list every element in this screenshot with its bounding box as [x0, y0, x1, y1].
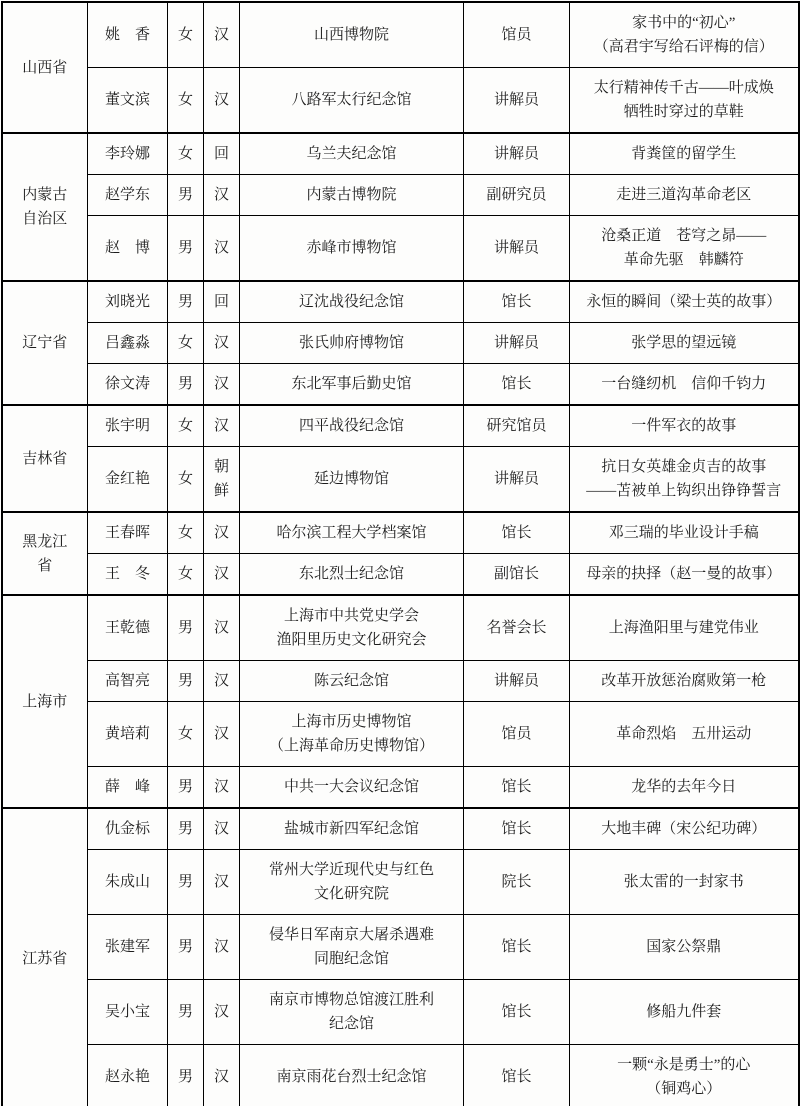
name-cell-text: 王春晖: [91, 521, 164, 545]
title-cell: 研究馆员: [464, 405, 570, 447]
institution-cell-text: 赤峰市博物馆: [243, 236, 460, 260]
name-cell: 董文滨: [88, 68, 168, 134]
gender-cell: 女: [168, 702, 204, 767]
gender-cell: 男: [168, 850, 204, 915]
ethnicity-cell-text: 汉: [207, 870, 236, 894]
table-row: 董文滨女汉八路军太行纪念馆讲解员太行精神传千古——叶成焕牺牲时穿过的草鞋: [2, 68, 799, 134]
ethnicity-cell-text: 汉: [207, 935, 236, 959]
gender-cell: 男: [168, 980, 204, 1045]
gender-cell: 女: [168, 68, 204, 134]
gender-cell: 男: [168, 595, 204, 661]
institution-cell: 赤峰市博物馆: [240, 216, 464, 282]
ethnicity-cell-text: 汉: [207, 775, 236, 799]
story-cell-text: 抗日女英雄金贞吉的故事: [573, 455, 795, 479]
name-cell-text: 金红艳: [91, 467, 164, 491]
story-cell: 邓三瑞的毕业设计手稿: [570, 512, 799, 554]
institution-cell-text: 东北军事后勤史馆: [243, 372, 460, 396]
story-cell: 沧桑正道 苍穹之昴——革命先驱 韩麟符: [570, 216, 799, 282]
institution-cell: 陈云纪念馆: [240, 661, 464, 702]
title-cell: 讲解员: [464, 661, 570, 702]
name-cell: 王 冬: [88, 554, 168, 596]
title-cell-text: 馆长: [467, 372, 566, 396]
institution-cell-text: 辽沈战役纪念馆: [243, 290, 460, 314]
institution-cell-text: 渔阳里历史文化研究会: [243, 628, 460, 652]
table-row: 赵学东男汉内蒙古博物院副研究员走进三道沟革命老区: [2, 175, 799, 216]
gender-cell: 男: [168, 767, 204, 809]
title-cell-text: 馆长: [467, 817, 566, 841]
ethnicity-cell: 汉: [204, 216, 240, 282]
gender-cell-text: 女: [171, 414, 200, 438]
ethnicity-cell: 回: [204, 133, 240, 175]
ethnicity-cell-text: 回: [207, 142, 236, 166]
gender-cell-text: 男: [171, 1000, 200, 1024]
name-cell: 姚 香: [88, 2, 168, 68]
table-row: 赵 博男汉赤峰市博物馆讲解员沧桑正道 苍穹之昴——革命先驱 韩麟符: [2, 216, 799, 282]
ethnicity-cell: 汉: [204, 702, 240, 767]
story-cell-text: 修船九件套: [573, 1000, 795, 1024]
story-cell-text: 走进三道沟革命老区: [573, 183, 795, 207]
name-cell-text: 高智亮: [91, 669, 164, 693]
story-cell: 大地丰碑（宋公纪功碑）: [570, 808, 799, 850]
ethnicity-cell: 汉: [204, 68, 240, 134]
story-cell-text: 家书中的“初心”: [573, 11, 795, 35]
name-cell: 朱成山: [88, 850, 168, 915]
institution-cell: 盐城市新四军纪念馆: [240, 808, 464, 850]
table-row: 张建军男汉侵华日军南京大屠杀遇难同胞纪念馆馆长国家公祭鼎: [2, 915, 799, 980]
title-cell: 馆长: [464, 808, 570, 850]
title-cell-text: 馆长: [467, 290, 566, 314]
title-cell: 讲解员: [464, 133, 570, 175]
title-cell-text: 副研究员: [467, 183, 566, 207]
gender-cell: 女: [168, 554, 204, 596]
ethnicity-cell-text: 汉: [207, 562, 236, 586]
name-cell-text: 吕鑫淼: [91, 331, 164, 355]
institution-cell-text: 内蒙古博物院: [243, 183, 460, 207]
gender-cell-text: 女: [171, 521, 200, 545]
ethnicity-cell-text: 汉: [207, 414, 236, 438]
institution-cell-text: 侵华日军南京大屠杀遇难: [243, 923, 460, 947]
title-cell: 副研究员: [464, 175, 570, 216]
province-cell-text: 山西省: [6, 56, 85, 80]
ethnicity-cell-text: 汉: [207, 1000, 236, 1024]
name-cell-text: 张建军: [91, 935, 164, 959]
gender-cell-text: 女: [171, 722, 200, 746]
title-cell: 副馆长: [464, 554, 570, 596]
title-cell: 讲解员: [464, 447, 570, 513]
province-cell-text: 省: [6, 554, 85, 578]
story-cell: 改革开放惩治腐败第一枪: [570, 661, 799, 702]
table-row: 辽宁省刘晓光男回辽沈战役纪念馆馆长永恒的瞬间（梁士英的故事）: [2, 281, 799, 323]
province-cell-text: 内蒙古: [6, 183, 85, 207]
institution-cell: 南京雨花台烈士纪念馆: [240, 1045, 464, 1106]
gender-cell-text: 男: [171, 183, 200, 207]
name-cell-text: 吴小宝: [91, 1000, 164, 1024]
gender-cell-text: 女: [171, 562, 200, 586]
story-cell: 修船九件套: [570, 980, 799, 1045]
title-cell-text: 院长: [467, 870, 566, 894]
awardees-table: 山西省姚 香女汉山西博物院馆员家书中的“初心”（高君宇写给石评梅的信）董文滨女汉…: [1, 1, 800, 1106]
ethnicity-cell-text: 汉: [207, 372, 236, 396]
name-cell: 高智亮: [88, 661, 168, 702]
gender-cell-text: 男: [171, 1065, 200, 1089]
institution-cell-text: 四平战役纪念馆: [243, 414, 460, 438]
province-cell: 吉林省: [2, 405, 88, 512]
institution-cell-text: 哈尔滨工程大学档案馆: [243, 521, 460, 545]
gender-cell: 男: [168, 364, 204, 406]
province-cell: 黑龙江省: [2, 512, 88, 595]
name-cell: 李玲娜: [88, 133, 168, 175]
ethnicity-cell: 朝鲜: [204, 447, 240, 513]
story-cell-text: 一颗“永是勇士”的心: [573, 1053, 795, 1077]
story-cell: 永恒的瞬间（梁士英的故事）: [570, 281, 799, 323]
gender-cell-text: 男: [171, 935, 200, 959]
table-row: 朱成山男汉常州大学近现代史与红色文化研究院院长张太雷的一封家书: [2, 850, 799, 915]
institution-cell-text: 上海市中共党史学会: [243, 604, 460, 628]
table-row: 山西省姚 香女汉山西博物院馆员家书中的“初心”（高君宇写给石评梅的信）: [2, 2, 799, 68]
title-cell: 馆长: [464, 980, 570, 1045]
institution-cell-text: 文化研究院: [243, 882, 460, 906]
gender-cell: 女: [168, 2, 204, 68]
title-cell-text: 讲解员: [467, 331, 566, 355]
story-cell: 一台缝纫机 信仰千钧力: [570, 364, 799, 406]
institution-cell-text: 山西博物院: [243, 23, 460, 47]
title-cell: 馆长: [464, 281, 570, 323]
ethnicity-cell: 汉: [204, 980, 240, 1045]
name-cell: 黄培莉: [88, 702, 168, 767]
institution-cell-text: 南京雨花台烈士纪念馆: [243, 1065, 460, 1089]
name-cell-text: 赵 博: [91, 236, 164, 260]
story-cell-text: 张太雷的一封家书: [573, 870, 795, 894]
name-cell-text: 薛 峰: [91, 775, 164, 799]
ethnicity-cell-text: 汉: [207, 236, 236, 260]
name-cell-text: 黄培莉: [91, 722, 164, 746]
province-cell: 辽宁省: [2, 281, 88, 405]
name-cell: 刘晓光: [88, 281, 168, 323]
story-cell: 母亲的抉择（赵一曼的故事）: [570, 554, 799, 596]
table-row: 薛 峰男汉中共一大会议纪念馆馆长龙华的去年今日: [2, 767, 799, 809]
title-cell-text: 馆长: [467, 1065, 566, 1089]
gender-cell-text: 男: [171, 817, 200, 841]
gender-cell: 男: [168, 175, 204, 216]
ethnicity-cell: 汉: [204, 1045, 240, 1106]
name-cell-text: 赵学东: [91, 183, 164, 207]
title-cell-text: 馆长: [467, 935, 566, 959]
title-cell-text: 馆长: [467, 521, 566, 545]
story-cell: 龙华的去年今日: [570, 767, 799, 809]
institution-cell-text: 常州大学近现代史与红色: [243, 858, 460, 882]
story-cell: 国家公祭鼎: [570, 915, 799, 980]
province-cell-text: 辽宁省: [6, 331, 85, 355]
ethnicity-cell: 汉: [204, 175, 240, 216]
ethnicity-cell-text: 汉: [207, 183, 236, 207]
story-cell-text: 邓三瑞的毕业设计手稿: [573, 521, 795, 545]
gender-cell-text: 女: [171, 142, 200, 166]
institution-cell-text: 盐城市新四军纪念馆: [243, 817, 460, 841]
title-cell: 馆长: [464, 512, 570, 554]
story-cell-text: （高君宇写给石评梅的信）: [573, 35, 795, 59]
ethnicity-cell: 汉: [204, 850, 240, 915]
ethnicity-cell: 汉: [204, 595, 240, 661]
title-cell-text: 讲解员: [467, 467, 566, 491]
title-cell-text: 馆员: [467, 23, 566, 47]
name-cell-text: 王 冬: [91, 562, 164, 586]
institution-cell: 上海市历史博物馆（上海革命历史博物馆）: [240, 702, 464, 767]
story-cell: 张学思的望远镜: [570, 323, 799, 364]
name-cell: 张宇明: [88, 405, 168, 447]
name-cell: 王春晖: [88, 512, 168, 554]
table-row: 内蒙古自治区李玲娜女回乌兰夫纪念馆讲解员背粪筐的留学生: [2, 133, 799, 175]
story-cell: 太行精神传千古——叶成焕牺牲时穿过的草鞋: [570, 68, 799, 134]
story-cell-text: 国家公祭鼎: [573, 935, 795, 959]
name-cell: 金红艳: [88, 447, 168, 513]
story-cell: 家书中的“初心”（高君宇写给石评梅的信）: [570, 2, 799, 68]
ethnicity-cell-text: 汉: [207, 88, 236, 112]
institution-cell: 延边博物馆: [240, 447, 464, 513]
province-cell-text: 江苏省: [6, 947, 85, 971]
title-cell-text: 讲解员: [467, 142, 566, 166]
institution-cell: 内蒙古博物院: [240, 175, 464, 216]
ethnicity-cell-text: 汉: [207, 1065, 236, 1089]
table-row: 吉林省张宇明女汉四平战役纪念馆研究馆员一件军衣的故事: [2, 405, 799, 447]
institution-cell-text: 乌兰夫纪念馆: [243, 142, 460, 166]
institution-cell-text: 纪念馆: [243, 1012, 460, 1036]
institution-cell: 南京市博物总馆渡江胜利纪念馆: [240, 980, 464, 1045]
table-row: 王 冬女汉东北烈士纪念馆副馆长母亲的抉择（赵一曼的故事）: [2, 554, 799, 596]
ethnicity-cell-text: 汉: [207, 331, 236, 355]
table-row: 江苏省仇金标男汉盐城市新四军纪念馆馆长大地丰碑（宋公纪功碑）: [2, 808, 799, 850]
ethnicity-cell-text: 汉: [207, 521, 236, 545]
title-cell: 讲解员: [464, 68, 570, 134]
table-row: 赵永艳男汉南京雨花台烈士纪念馆馆长一颗“永是勇士”的心（铜鸡心）: [2, 1045, 799, 1106]
story-cell-text: （铜鸡心）: [573, 1077, 795, 1101]
story-cell-text: 背粪筐的留学生: [573, 142, 795, 166]
name-cell: 赵学东: [88, 175, 168, 216]
institution-cell: 四平战役纪念馆: [240, 405, 464, 447]
title-cell-text: 名誉会长: [467, 616, 566, 640]
name-cell: 薛 峰: [88, 767, 168, 809]
institution-cell: 山西博物院: [240, 2, 464, 68]
ethnicity-cell: 汉: [204, 405, 240, 447]
institution-cell-text: 中共一大会议纪念馆: [243, 775, 460, 799]
title-cell: 馆长: [464, 915, 570, 980]
table-row: 吴小宝男汉南京市博物总馆渡江胜利纪念馆馆长修船九件套: [2, 980, 799, 1045]
table-body: 山西省姚 香女汉山西博物院馆员家书中的“初心”（高君宇写给石评梅的信）董文滨女汉…: [2, 2, 799, 1106]
title-cell-text: 馆长: [467, 775, 566, 799]
gender-cell-text: 女: [171, 467, 200, 491]
title-cell: 馆长: [464, 767, 570, 809]
story-cell-text: 永恒的瞬间（梁士英的故事）: [573, 290, 795, 314]
name-cell-text: 赵永艳: [91, 1065, 164, 1089]
story-cell-text: 大地丰碑（宋公纪功碑）: [573, 817, 795, 841]
story-cell: 一件军衣的故事: [570, 405, 799, 447]
title-cell: 名誉会长: [464, 595, 570, 661]
title-cell-text: 馆长: [467, 1000, 566, 1024]
title-cell-text: 副馆长: [467, 562, 566, 586]
ethnicity-cell-text: 汉: [207, 616, 236, 640]
institution-cell: 乌兰夫纪念馆: [240, 133, 464, 175]
title-cell: 馆员: [464, 702, 570, 767]
name-cell: 张建军: [88, 915, 168, 980]
story-cell: 抗日女英雄金贞吉的故事——苫被单上钩织出铮铮誓言: [570, 447, 799, 513]
table-row: 黄培莉女汉上海市历史博物馆（上海革命历史博物馆）馆员革命烈焰 五卅运动: [2, 702, 799, 767]
ethnicity-cell: 汉: [204, 364, 240, 406]
name-cell-text: 王乾德: [91, 616, 164, 640]
title-cell-text: 讲解员: [467, 669, 566, 693]
ethnicity-cell-text: 汉: [207, 23, 236, 47]
province-cell: 内蒙古自治区: [2, 133, 88, 281]
province-cell: 江苏省: [2, 808, 88, 1106]
gender-cell: 女: [168, 447, 204, 513]
ethnicity-cell: 汉: [204, 323, 240, 364]
table-row: 上海市王乾德男汉上海市中共党史学会渔阳里历史文化研究会名誉会长上海渔阳里与建党伟…: [2, 595, 799, 661]
story-cell-text: 母亲的抉择（赵一曼的故事）: [573, 562, 795, 586]
institution-cell: 侵华日军南京大屠杀遇难同胞纪念馆: [240, 915, 464, 980]
name-cell-text: 徐文涛: [91, 372, 164, 396]
gender-cell: 女: [168, 133, 204, 175]
name-cell-text: 朱成山: [91, 870, 164, 894]
ethnicity-cell-text: 朝鲜: [207, 455, 236, 503]
name-cell-text: 李玲娜: [91, 142, 164, 166]
gender-cell-text: 男: [171, 372, 200, 396]
table-row: 吕鑫淼女汉张氏帅府博物馆讲解员张学思的望远镜: [2, 323, 799, 364]
ethnicity-cell: 汉: [204, 661, 240, 702]
name-cell-text: 姚 香: [91, 23, 164, 47]
province-cell-text: 吉林省: [6, 447, 85, 471]
story-cell: 张太雷的一封家书: [570, 850, 799, 915]
story-cell: 背粪筐的留学生: [570, 133, 799, 175]
institution-cell: 哈尔滨工程大学档案馆: [240, 512, 464, 554]
province-cell: 山西省: [2, 2, 88, 133]
story-cell: 上海渔阳里与建党伟业: [570, 595, 799, 661]
story-cell-text: ——苫被单上钩织出铮铮誓言: [573, 479, 795, 503]
gender-cell-text: 男: [171, 290, 200, 314]
gender-cell: 男: [168, 661, 204, 702]
ethnicity-cell-text: 汉: [207, 817, 236, 841]
gender-cell-text: 女: [171, 88, 200, 112]
ethnicity-cell: 汉: [204, 915, 240, 980]
story-cell-text: 一件军衣的故事: [573, 414, 795, 438]
story-cell-text: 牺牲时穿过的草鞋: [573, 100, 795, 124]
institution-cell: 辽沈战役纪念馆: [240, 281, 464, 323]
story-cell-text: 上海渔阳里与建党伟业: [573, 616, 795, 640]
story-cell: 一颗“永是勇士”的心（铜鸡心）: [570, 1045, 799, 1106]
table-row: 高智亮男汉陈云纪念馆讲解员改革开放惩治腐败第一枪: [2, 661, 799, 702]
name-cell: 赵 博: [88, 216, 168, 282]
name-cell: 徐文涛: [88, 364, 168, 406]
institution-cell: 东北烈士纪念馆: [240, 554, 464, 596]
institution-cell-text: 上海市历史博物馆: [243, 710, 460, 734]
name-cell-text: 仇金标: [91, 817, 164, 841]
institution-cell: 上海市中共党史学会渔阳里历史文化研究会: [240, 595, 464, 661]
story-cell-text: 龙华的去年今日: [573, 775, 795, 799]
gender-cell: 女: [168, 405, 204, 447]
story-cell-text: 太行精神传千古——叶成焕: [573, 76, 795, 100]
name-cell-text: 董文滨: [91, 88, 164, 112]
gender-cell-text: 女: [171, 23, 200, 47]
institution-cell-text: 南京市博物总馆渡江胜利: [243, 988, 460, 1012]
gender-cell: 女: [168, 512, 204, 554]
ethnicity-cell: 汉: [204, 512, 240, 554]
name-cell: 吴小宝: [88, 980, 168, 1045]
gender-cell: 男: [168, 1045, 204, 1106]
name-cell-text: 刘晓光: [91, 290, 164, 314]
gender-cell-text: 男: [171, 236, 200, 260]
gender-cell: 女: [168, 323, 204, 364]
story-cell: 走进三道沟革命老区: [570, 175, 799, 216]
title-cell: 馆长: [464, 364, 570, 406]
ethnicity-cell: 汉: [204, 808, 240, 850]
title-cell-text: 讲解员: [467, 88, 566, 112]
institution-cell-text: 同胞纪念馆: [243, 947, 460, 971]
institution-cell-text: 延边博物馆: [243, 467, 460, 491]
name-cell: 吕鑫淼: [88, 323, 168, 364]
story-cell-text: 改革开放惩治腐败第一枪: [573, 669, 795, 693]
ethnicity-cell-text: 汉: [207, 722, 236, 746]
story-cell-text: 革命烈焰 五卅运动: [573, 722, 795, 746]
gender-cell: 男: [168, 808, 204, 850]
institution-cell-text: （上海革命历史博物馆）: [243, 734, 460, 758]
ethnicity-cell-text: 回: [207, 290, 236, 314]
institution-cell: 张氏帅府博物馆: [240, 323, 464, 364]
title-cell: 院长: [464, 850, 570, 915]
ethnicity-cell: 回: [204, 281, 240, 323]
gender-cell: 男: [168, 915, 204, 980]
gender-cell: 男: [168, 216, 204, 282]
ethnicity-cell: 汉: [204, 554, 240, 596]
title-cell: 讲解员: [464, 216, 570, 282]
title-cell-text: 讲解员: [467, 236, 566, 260]
institution-cell-text: 八路军太行纪念馆: [243, 88, 460, 112]
institution-cell-text: 东北烈士纪念馆: [243, 562, 460, 586]
table-row: 黑龙江省王春晖女汉哈尔滨工程大学档案馆馆长邓三瑞的毕业设计手稿: [2, 512, 799, 554]
institution-cell: 八路军太行纪念馆: [240, 68, 464, 134]
ethnicity-cell: 汉: [204, 2, 240, 68]
name-cell: 赵永艳: [88, 1045, 168, 1106]
ethnicity-cell-text: 汉: [207, 669, 236, 693]
name-cell: 王乾德: [88, 595, 168, 661]
story-cell-text: 一台缝纫机 信仰千钧力: [573, 372, 795, 396]
institution-cell: 中共一大会议纪念馆: [240, 767, 464, 809]
gender-cell-text: 男: [171, 775, 200, 799]
title-cell: 馆长: [464, 1045, 570, 1106]
institution-cell-text: 陈云纪念馆: [243, 669, 460, 693]
province-cell-text: 自治区: [6, 207, 85, 231]
title-cell: 讲解员: [464, 323, 570, 364]
story-cell-text: 革命先驱 韩麟符: [573, 248, 795, 272]
title-cell-text: 研究馆员: [467, 414, 566, 438]
gender-cell-text: 男: [171, 616, 200, 640]
story-cell-text: 张学思的望远镜: [573, 331, 795, 355]
name-cell: 仇金标: [88, 808, 168, 850]
ethnicity-cell: 汉: [204, 767, 240, 809]
table-row: 徐文涛男汉东北军事后勤史馆馆长一台缝纫机 信仰千钧力: [2, 364, 799, 406]
province-cell-text: 黑龙江: [6, 530, 85, 554]
gender-cell-text: 女: [171, 331, 200, 355]
institution-cell: 东北军事后勤史馆: [240, 364, 464, 406]
institution-cell-text: 张氏帅府博物馆: [243, 331, 460, 355]
name-cell-text: 张宇明: [91, 414, 164, 438]
gender-cell: 男: [168, 281, 204, 323]
title-cell: 馆员: [464, 2, 570, 68]
table-row: 金红艳女朝鲜延边博物馆讲解员抗日女英雄金贞吉的故事——苫被单上钩织出铮铮誓言: [2, 447, 799, 513]
institution-cell: 常州大学近现代史与红色文化研究院: [240, 850, 464, 915]
province-cell: 上海市: [2, 595, 88, 808]
gender-cell-text: 男: [171, 870, 200, 894]
title-cell-text: 馆员: [467, 722, 566, 746]
gender-cell-text: 男: [171, 669, 200, 693]
story-cell: 革命烈焰 五卅运动: [570, 702, 799, 767]
province-cell-text: 上海市: [6, 690, 85, 714]
